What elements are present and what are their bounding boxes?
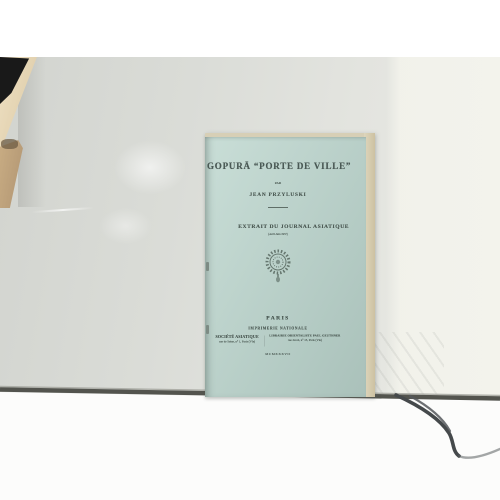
imprint-left-address: rue de Seine, n° 1, Paris (VIe) (216, 340, 259, 345)
series-date: (Avril-Juin 1937) (250, 232, 307, 235)
imprint-year-roman: MCMXXXVII (243, 352, 314, 356)
imprint-right-column: LIBRAIRIE ORIENTALISTE PAUL GEUTHNER rue… (269, 334, 340, 347)
wood-object-shadow (1, 139, 18, 149)
booklet-title: GOPURĀ “PORTE DE VILLE” (207, 161, 349, 171)
light-glare (88, 200, 163, 252)
imprint-left-column: SOCIÉTÉ ASIATIQUE rue de Seine, n° 1, Pa… (216, 334, 259, 347)
series-title: EXTRAIT DU JOURNAL ASIATIQUE (238, 223, 318, 229)
imprimerie-nationale-medallion-icon (207, 247, 349, 292)
byline-label: PAR (243, 181, 314, 185)
printer-name: IMPRIMERIE NATIONALE (246, 326, 310, 330)
imprint-columns: SOCIÉTÉ ASIATIQUE rue de Seine, n° 1, Pa… (208, 334, 348, 347)
surface-shadow-streaks (372, 332, 444, 396)
booklet-front-cover: GOPURĀ “PORTE DE VILLE” PAR JEAN PRZYLUS… (205, 137, 366, 397)
light-glare (100, 130, 200, 205)
product-photo: GOPURĀ “PORTE DE VILLE” PAR JEAN PRZYLUS… (0, 0, 500, 500)
imprint-city: PARIS (228, 314, 327, 320)
imprint-right-address: rue Jacob, n° 13, Paris (VIe) (269, 339, 340, 344)
ornament-rule (268, 207, 288, 208)
booklet: GOPURĀ “PORTE DE VILLE” PAR JEAN PRZYLUS… (205, 133, 375, 397)
cover-printed-content: GOPURĀ “PORTE DE VILLE” PAR JEAN PRZYLUS… (207, 137, 349, 397)
author-name: JEAN PRZYLUSKI (231, 192, 325, 198)
imprint-divider (264, 336, 265, 347)
